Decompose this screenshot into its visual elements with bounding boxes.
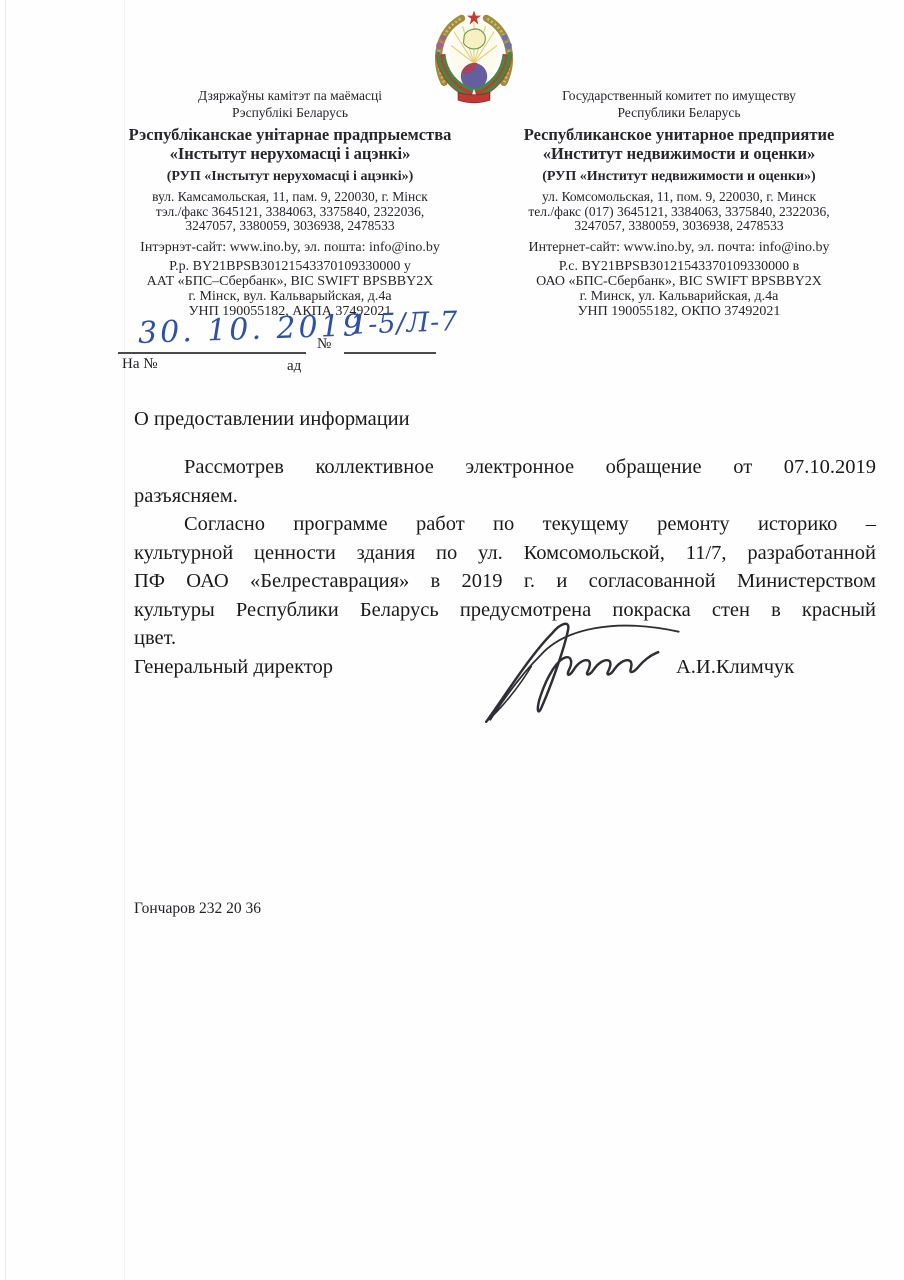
scan-artifact-line bbox=[5, 0, 6, 1280]
ad-label: ад bbox=[287, 358, 301, 375]
authority-name-ru: Государственный комитет по имуществу Рес… bbox=[494, 87, 864, 121]
address-phones-ru: ул. Комсомольская, 11, пом. 9, 220030, г… bbox=[494, 190, 864, 234]
authority-name-by: Дзяржаўны камітэт па маёмасці Рэспублікі… bbox=[114, 87, 466, 121]
website-email-ru: Интернет-сайт: www.ino.by, эл. почта: in… bbox=[494, 240, 864, 256]
organization-name-ru: Республиканское унитарное предприятие «И… bbox=[494, 125, 864, 163]
number-underline bbox=[344, 352, 436, 354]
na-no-label: На № bbox=[122, 356, 158, 373]
executor-contact: Гончаров 232 20 36 bbox=[134, 900, 261, 918]
paragraph-1: Рассмотрев коллективное электронное обра… bbox=[134, 453, 876, 510]
organization-name-by: Рэспубліканскае унітарнае прадпрыемства … bbox=[114, 125, 466, 163]
handwritten-signature bbox=[478, 606, 693, 726]
bank-details-ru: Р.с. BY21BPSB30121543370109330000 в ОАО … bbox=[494, 259, 864, 319]
letter-subject: О предоставлении информации bbox=[134, 408, 876, 431]
scanned-letter-page: Дзяржаўны камітэт па маёмасці Рэспублікі… bbox=[0, 0, 904, 1280]
signer-position-title: Генеральный директор bbox=[134, 656, 333, 679]
signer-name: А.И.Климчук bbox=[676, 656, 794, 679]
letterhead-russian: Государственный комитет по имуществу Рес… bbox=[494, 87, 864, 319]
organization-short-name-ru: (РУП «Институт недвижимости и оценки») bbox=[494, 169, 864, 185]
organization-short-name-by: (РУП «Інстытут нерухомасці і ацэнкі») bbox=[114, 169, 466, 185]
website-email-by: Інтэрнэт-сайт: www.ino.by, эл. пошта: in… bbox=[114, 240, 466, 256]
number-sign-label: № bbox=[317, 336, 331, 353]
address-phones-by: вул. Камсамольская, 11, пам. 9, 220030, … bbox=[114, 190, 466, 234]
letterhead-belarusian: Дзяржаўны камітэт па маёмасці Рэспублікі… bbox=[114, 87, 466, 319]
date-underline bbox=[118, 352, 306, 354]
handwritten-outgoing-number: 1-5/Л-7 bbox=[349, 306, 458, 341]
